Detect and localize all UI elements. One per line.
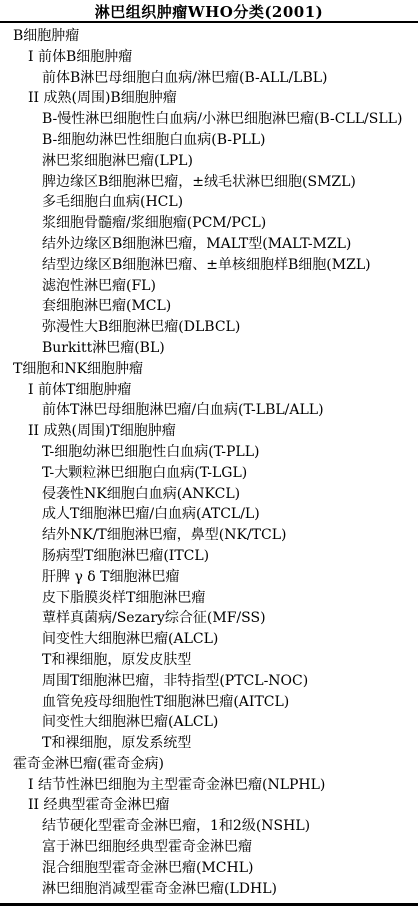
- list-item: 结节硬化型霍奇金淋巴瘤，1和2级(NSHL): [0, 816, 418, 837]
- list-item: 蕈样真菌病/Sezary综合征(MF/SS): [0, 608, 418, 629]
- list-item: 血管免疫母细胞性T细胞淋巴瘤(AITCL): [0, 692, 418, 713]
- list-item: 间变性大细胞淋巴瘤(ALCL): [0, 629, 418, 650]
- list-item: 弥漫性大B细胞淋巴瘤(DLBCL): [0, 317, 418, 338]
- list-item: B-细胞幼淋巴性细胞白血病(B-PLL): [0, 130, 418, 151]
- list-item: II 经典型霍奇金淋巴瘤: [0, 795, 418, 816]
- list-item: 多毛细胞白血病(HCL): [0, 192, 418, 213]
- list-item: T细胞和NK细胞肿瘤: [0, 359, 418, 380]
- list-item: B-慢性淋巴细胞性白血病/小淋巴细胞淋巴瘤(B-CLL/SLL): [0, 109, 418, 130]
- list-item: 混合细胞型霍奇金淋巴瘤(MCHL): [0, 858, 418, 879]
- list-item: T-细胞幼淋巴细胞性白血病(T-PLL): [0, 442, 418, 463]
- list-item: 富于淋巴细胞经典型霍奇金淋巴瘤: [0, 837, 418, 858]
- list-item: I 前体T细胞肿瘤: [0, 380, 418, 401]
- list-item: Burkitt淋巴瘤(BL): [0, 338, 418, 359]
- list-item: I 结节性淋巴细胞为主型霍奇金淋巴瘤(NLPHL): [0, 775, 418, 796]
- classification-list: B细胞肿瘤I 前体B细胞肿瘤前体B淋巴母细胞白血病/淋巴瘤(B-ALL/LBL)…: [0, 23, 418, 903]
- list-item: 成人T细胞淋巴瘤/白血病(ATCL/L): [0, 504, 418, 525]
- list-item: T和裸细胞，原发系统型: [0, 733, 418, 754]
- list-item: 淋巴浆细胞淋巴瘤(LPL): [0, 151, 418, 172]
- list-item: II 成熟(周围)B细胞肿瘤: [0, 88, 418, 109]
- list-item: 皮下脂膜炎样T细胞淋巴瘤: [0, 588, 418, 609]
- list-item: 脾边缘区B细胞淋巴瘤，±绒毛状淋巴细胞(SMZL): [0, 172, 418, 193]
- page-title: 淋巴组织肿瘤WHO分类(2001): [0, 0, 418, 21]
- list-item: 间变性大细胞淋巴瘤(ALCL): [0, 712, 418, 733]
- list-item: 结型边缘区B细胞淋巴瘤、±单核细胞样B细胞(MZL): [0, 255, 418, 276]
- list-item: 套细胞淋巴瘤(MCL): [0, 296, 418, 317]
- list-item: 前体T淋巴母细胞淋巴瘤/白血病(T-LBL/ALL): [0, 400, 418, 421]
- list-item: 浆细胞骨髓瘤/浆细胞瘤(PCM/PCL): [0, 213, 418, 234]
- list-item: II 成熟(周围)T细胞肿瘤: [0, 421, 418, 442]
- list-item: 前体B淋巴母细胞白血病/淋巴瘤(B-ALL/LBL): [0, 68, 418, 89]
- list-item: B细胞肿瘤: [0, 26, 418, 47]
- list-item: 肠病型T细胞淋巴瘤(ITCL): [0, 546, 418, 567]
- list-item: 侵袭性NK细胞白血病(ANKCL): [0, 484, 418, 505]
- list-item: T和裸细胞，原发皮肤型: [0, 650, 418, 671]
- list-item: 结外NK/T细胞淋巴瘤，鼻型(NK/TCL): [0, 525, 418, 546]
- list-item: I 前体B细胞肿瘤: [0, 47, 418, 68]
- list-item: 周围T细胞淋巴瘤，非特指型(PTCL-NOC): [0, 671, 418, 692]
- list-item: 淋巴细胞消减型霍奇金淋巴瘤(LDHL): [0, 879, 418, 900]
- list-item: 霍奇金淋巴瘤(霍奇金病): [0, 754, 418, 775]
- list-item: 滤泡性淋巴瘤(FL): [0, 276, 418, 297]
- list-item: T-大颗粒淋巴细胞白血病(T-LGL): [0, 463, 418, 484]
- who-classification-document: 淋巴组织肿瘤WHO分类(2001) B细胞肿瘤I 前体B细胞肿瘤前体B淋巴母细胞…: [0, 0, 418, 906]
- list-item: 结外边缘区B细胞淋巴瘤，MALT型(MALT-MZL): [0, 234, 418, 255]
- list-item: 肝脾 γ δ T细胞淋巴瘤: [0, 567, 418, 588]
